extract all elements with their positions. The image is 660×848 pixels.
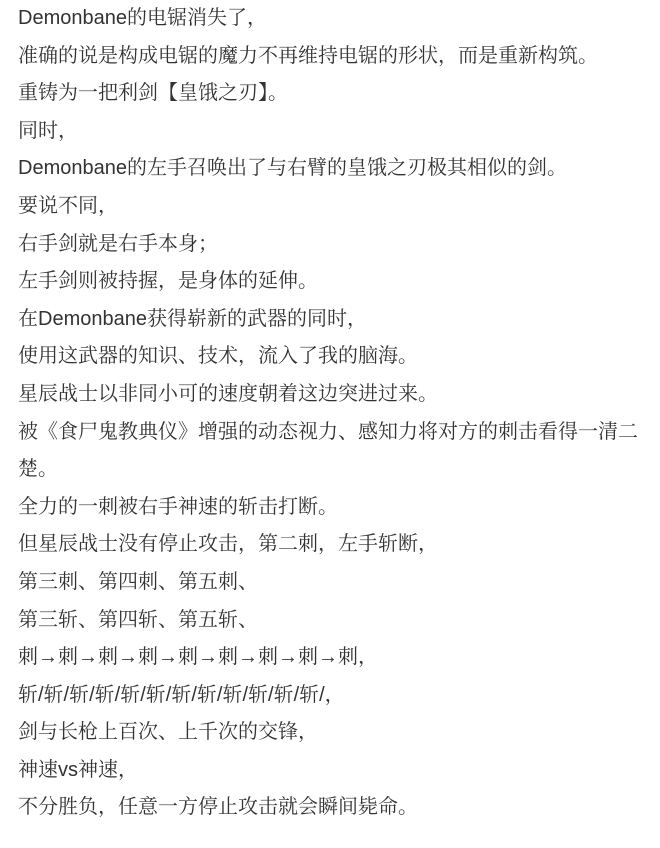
paragraph-line: 右手剑就是右手本身；: [18, 226, 640, 264]
paragraph-line: 重铸为一把利剑【皇饿之刃】。: [18, 75, 640, 113]
paragraph-line: 剑与长枪上百次、上千次的交锋，: [18, 714, 640, 752]
paragraph-line: 准确的说是构成电锯的魔力不再维持电锯的形状，而是重新构筑。: [18, 38, 640, 76]
paragraph-line: 星辰战士以非同小可的速度朝着这边突进过来。: [18, 376, 640, 414]
paragraph-line: 刺→刺→刺→刺→刺→刺→刺→刺→刺，: [18, 639, 640, 677]
paragraph-line: 第三斩、第四斩、第五斩、: [18, 602, 640, 640]
paragraph-line: 神速vs神速，: [18, 752, 640, 790]
paragraph-line: 全力的一刺被右手神速的斩击打断。: [18, 489, 640, 527]
paragraph-line: 同时，: [18, 113, 640, 151]
paragraph-line: 使用这武器的知识、技术，流入了我的脑海。: [18, 338, 640, 376]
paragraph-line: 但星辰战士没有停止攻击，第二刺，左手斩断，: [18, 526, 640, 564]
paragraph-line: 被《食尸鬼教典仪》增强的动态视力、感知力将对方的刺击看得一清二楚。: [18, 414, 640, 489]
paragraph-line: Demonbane的电锯消失了，: [18, 0, 640, 38]
paragraph-line: 在Demonbane获得崭新的武器的同时，: [18, 301, 640, 339]
paragraph-line: 不分胜负，任意一方停止攻击就会瞬间毙命。: [18, 789, 640, 827]
paragraph-line: 斩/斩/斩/斩/斩/斩/斩/斩/斩/斩/斩/斩/，: [18, 677, 640, 715]
paragraph-line: 第三刺、第四刺、第五刺、: [18, 564, 640, 602]
paragraph-line: 左手剑则被持握，是身体的延伸。: [18, 263, 640, 301]
paragraph-line: 要说不同，: [18, 188, 640, 226]
paragraph-line: Demonbane的左手召唤出了与右臂的皇饿之刃极其相似的剑。: [18, 150, 640, 188]
novel-text: Demonbane的电锯消失了，准确的说是构成电锯的魔力不再维持电锯的形状，而是…: [0, 0, 660, 827]
novel-reader-page: Demonbane的电锯消失了，准确的说是构成电锯的魔力不再维持电锯的形状，而是…: [0, 0, 660, 848]
